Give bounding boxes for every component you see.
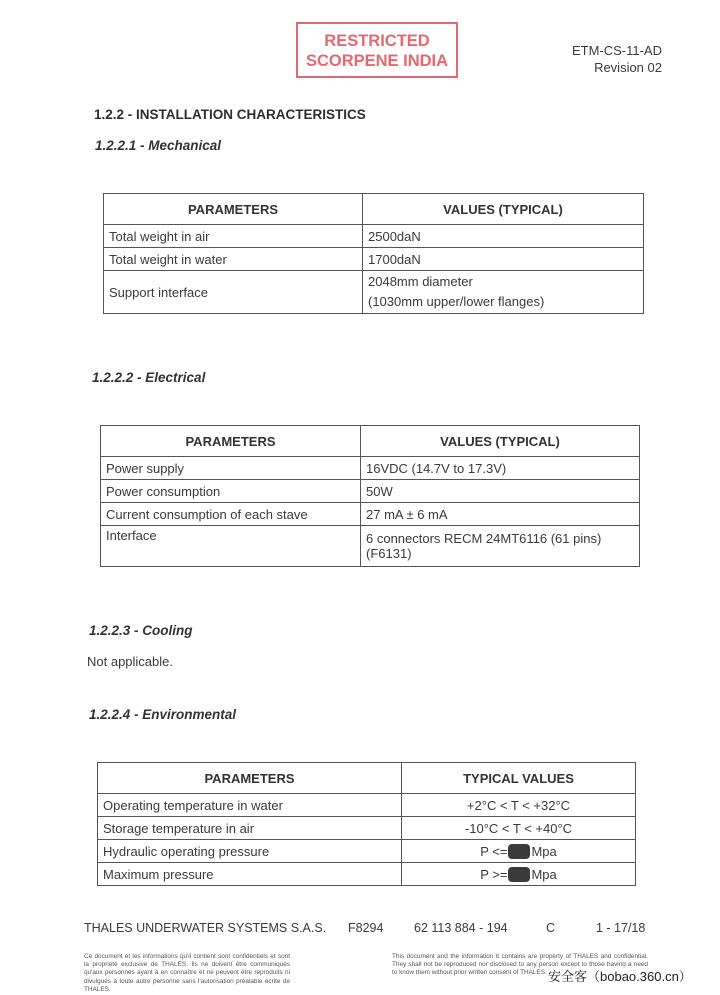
- watermark: 安全客（bobao.360.cn）: [548, 966, 692, 985]
- value-cell: 2500daN: [363, 225, 644, 248]
- param-cell: Total weight in water: [104, 248, 363, 271]
- header-values: VALUES (TYPICAL): [363, 194, 644, 225]
- value-cell: -10°C < T < +40°C: [402, 817, 636, 840]
- table-header-row: PARAMETERS VALUES (TYPICAL): [101, 426, 640, 457]
- value-cell: P >=Mpa: [402, 863, 636, 886]
- table-row: Power consumption 50W: [101, 480, 640, 503]
- value-cell: 50W: [361, 480, 640, 503]
- value-line: 6 connectors RECM 24MT6116 (61 pins): [366, 531, 634, 546]
- confidential-notice-fr: Ce document et les informations qu'il co…: [84, 953, 290, 994]
- header-parameters: PARAMETERS: [98, 763, 402, 794]
- footer-doc-number: 62 113 884 - 194: [414, 921, 508, 935]
- table-row: Total weight in air 2500daN: [104, 225, 644, 248]
- stamp-line-1: RESTRICTED: [298, 31, 456, 51]
- mechanical-heading: 1.2.2.1 - Mechanical: [95, 138, 221, 153]
- mechanical-table: PARAMETERS VALUES (TYPICAL) Total weight…: [103, 193, 644, 314]
- table-header-row: PARAMETERS TYPICAL VALUES: [98, 763, 636, 794]
- electrical-table: PARAMETERS VALUES (TYPICAL) Power supply…: [100, 425, 640, 567]
- param-cell: Current consumption of each stave: [101, 503, 361, 526]
- restricted-stamp: RESTRICTED SCORPENE INDIA: [296, 22, 458, 78]
- header-values: TYPICAL VALUES: [402, 763, 636, 794]
- value-cell: 6 connectors RECM 24MT6116 (61 pins) (F6…: [361, 526, 640, 567]
- cooling-text: Not applicable.: [87, 654, 173, 669]
- value-cell: 2048mm diameter (1030mm upper/lower flan…: [363, 271, 644, 314]
- header-parameters: PARAMETERS: [104, 194, 363, 225]
- revision: Revision 02: [572, 59, 662, 76]
- header-parameters: PARAMETERS: [101, 426, 361, 457]
- footer-code: F8294: [348, 921, 383, 935]
- table-row: Interface 6 connectors RECM 24MT6116 (61…: [101, 526, 640, 567]
- redaction-mark: [508, 867, 530, 882]
- footer-class: C: [546, 921, 555, 935]
- electrical-heading: 1.2.2.2 - Electrical: [92, 370, 205, 385]
- value-line: 2048mm diameter: [368, 272, 638, 292]
- table-row: Hydraulic operating pressure P <=Mpa: [98, 840, 636, 863]
- value-cell: +2°C < T < +32°C: [402, 794, 636, 817]
- redaction-mark: [508, 844, 530, 859]
- section-title: 1.2.2 - INSTALLATION CHARACTERISTICS: [94, 107, 366, 122]
- cooling-heading: 1.2.2.3 - Cooling: [89, 623, 193, 638]
- param-cell: Storage temperature in air: [98, 817, 402, 840]
- param-cell: Total weight in air: [104, 225, 363, 248]
- table-row: Current consumption of each stave 27 mA …: [101, 503, 640, 526]
- table-row: Power supply 16VDC (14.7V to 17.3V): [101, 457, 640, 480]
- param-cell: Interface: [101, 526, 361, 567]
- document-reference: ETM-CS-11-AD Revision 02: [572, 42, 662, 76]
- table-row: Total weight in water 1700daN: [104, 248, 644, 271]
- param-cell: Maximum pressure: [98, 863, 402, 886]
- param-cell: Power supply: [101, 457, 361, 480]
- table-header-row: PARAMETERS VALUES (TYPICAL): [104, 194, 644, 225]
- value-cell: P <=Mpa: [402, 840, 636, 863]
- value-cell: 1700daN: [363, 248, 644, 271]
- doc-id: ETM-CS-11-AD: [572, 42, 662, 59]
- value-prefix: P >=: [480, 867, 507, 882]
- value-suffix: Mpa: [531, 844, 556, 859]
- table-row: Operating temperature in water +2°C < T …: [98, 794, 636, 817]
- header-values: VALUES (TYPICAL): [361, 426, 640, 457]
- value-cell: 27 mA ± 6 mA: [361, 503, 640, 526]
- value-cell: 16VDC (14.7V to 17.3V): [361, 457, 640, 480]
- table-row: Maximum pressure P >=Mpa: [98, 863, 636, 886]
- value-suffix: Mpa: [531, 867, 556, 882]
- environmental-table: PARAMETERS TYPICAL VALUES Operating temp…: [97, 762, 636, 886]
- footer-page: 1 - 17/18: [596, 921, 645, 935]
- value-prefix: P <=: [480, 844, 507, 859]
- table-row: Support interface 2048mm diameter (1030m…: [104, 271, 644, 314]
- table-row: Storage temperature in air -10°C < T < +…: [98, 817, 636, 840]
- value-line: (F6131): [366, 546, 634, 561]
- param-cell: Power consumption: [101, 480, 361, 503]
- param-cell: Support interface: [104, 271, 363, 314]
- environmental-heading: 1.2.2.4 - Environmental: [89, 707, 236, 722]
- value-line: (1030mm upper/lower flanges): [368, 292, 638, 312]
- footer-company: THALES UNDERWATER SYSTEMS S.A.S.: [84, 921, 326, 935]
- param-cell: Hydraulic operating pressure: [98, 840, 402, 863]
- param-cell: Operating temperature in water: [98, 794, 402, 817]
- stamp-line-2: SCORPENE INDIA: [298, 51, 456, 71]
